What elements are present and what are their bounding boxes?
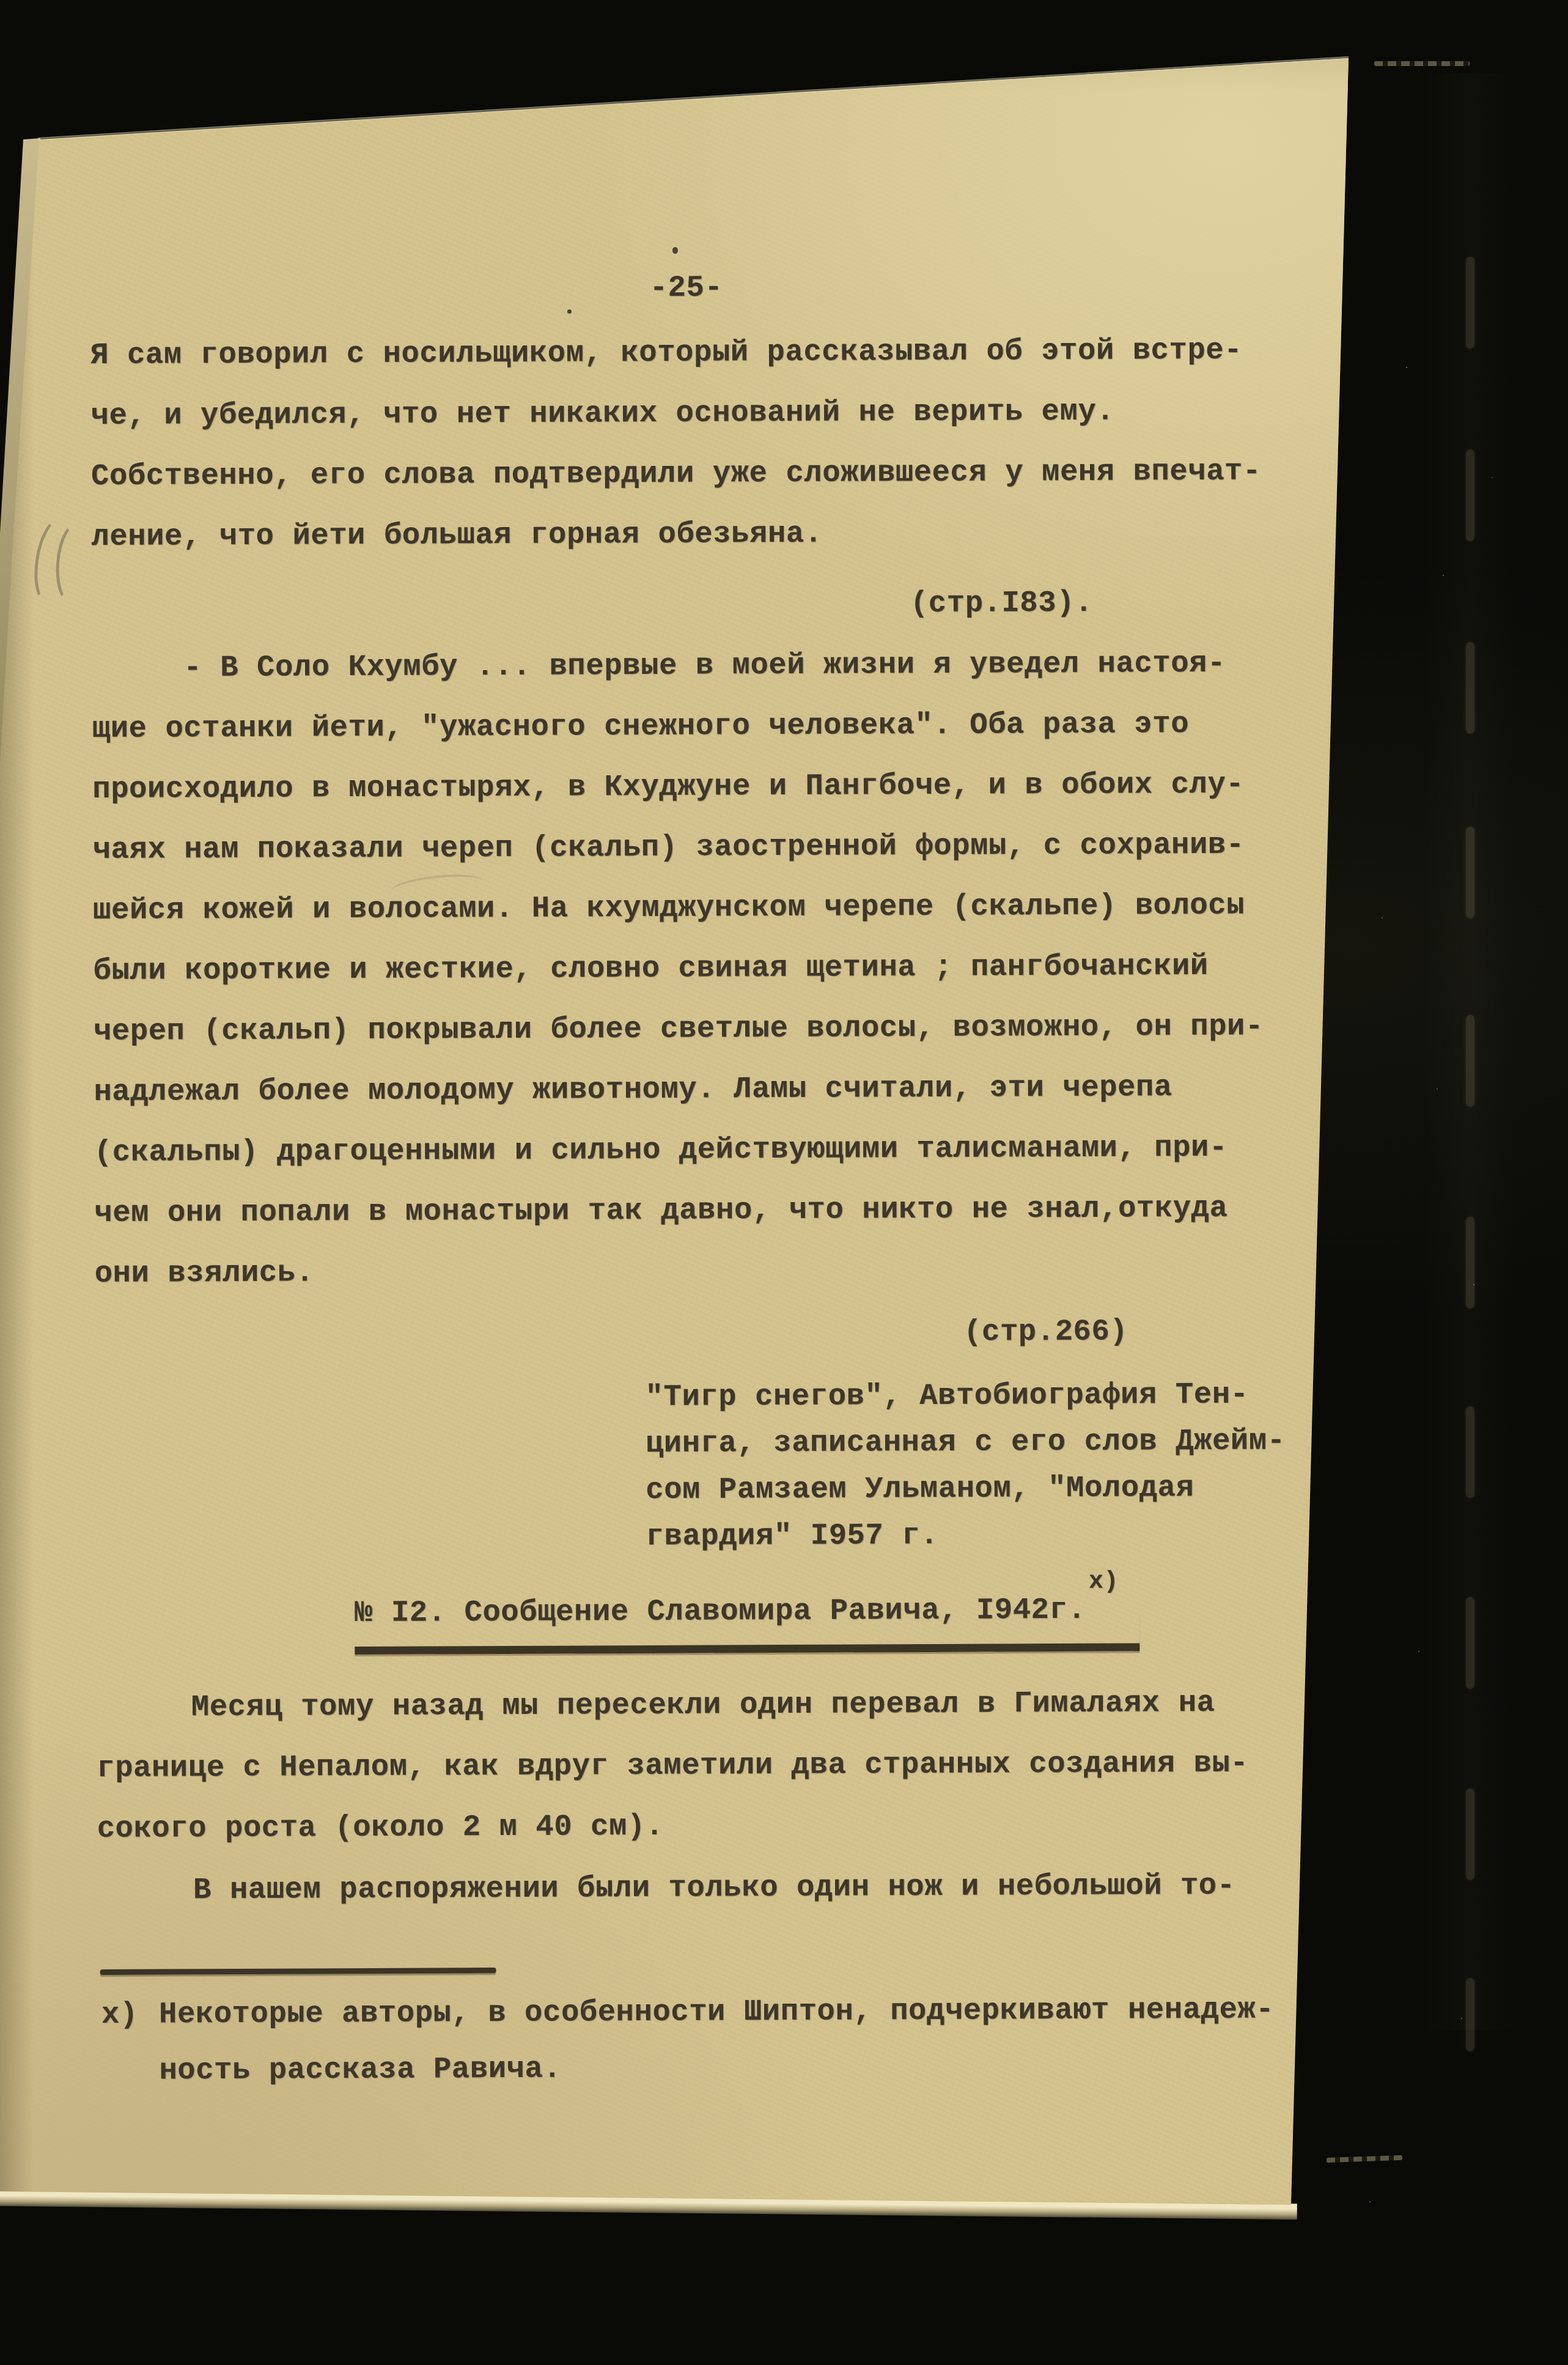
section-heading-footnote-superscript: х) (1089, 1570, 1119, 1595)
page-reference-1: (стр.I83). (910, 573, 1093, 634)
footnote-marker: х) (101, 1985, 138, 2045)
scanned-document-page: -25- Я сам говорил с носильщиком, которы… (0, 0, 1568, 2365)
paragraph-3: Месяц тому назад мы пересекли один перев… (97, 1672, 1295, 1859)
section-heading: № I2. Сообщение Славомира Равича, I942г. (355, 1579, 1140, 1655)
paragraph-2: - В Соло Кхумбу ... впервые в моей жизни… (92, 633, 1293, 1304)
footnote-line-2: ность рассказа Равича. (159, 2039, 561, 2101)
paragraph-1: Я сам говорил с носильщиком, который рас… (90, 320, 1290, 567)
footnote-separator-rule (100, 1968, 496, 1975)
page-number: -25- (649, 257, 723, 319)
section-heading-text: № I2. Сообщение Славомира Равича, I942г. (355, 1579, 1140, 1655)
paragraph-4: В нашем распоряжении были только один но… (193, 1856, 1235, 1920)
source-attribution: "Тигр снегов", Автобиография Тен- цинга,… (645, 1371, 1330, 1560)
footnote-line-1: Некоторые авторы, в особенности Шиптон, … (159, 1980, 1275, 2045)
typewritten-text-layer: -25- Я сам говорил с носильщиком, которы… (0, 0, 1568, 2365)
page-reference-2: (стр.266) (963, 1302, 1128, 1363)
